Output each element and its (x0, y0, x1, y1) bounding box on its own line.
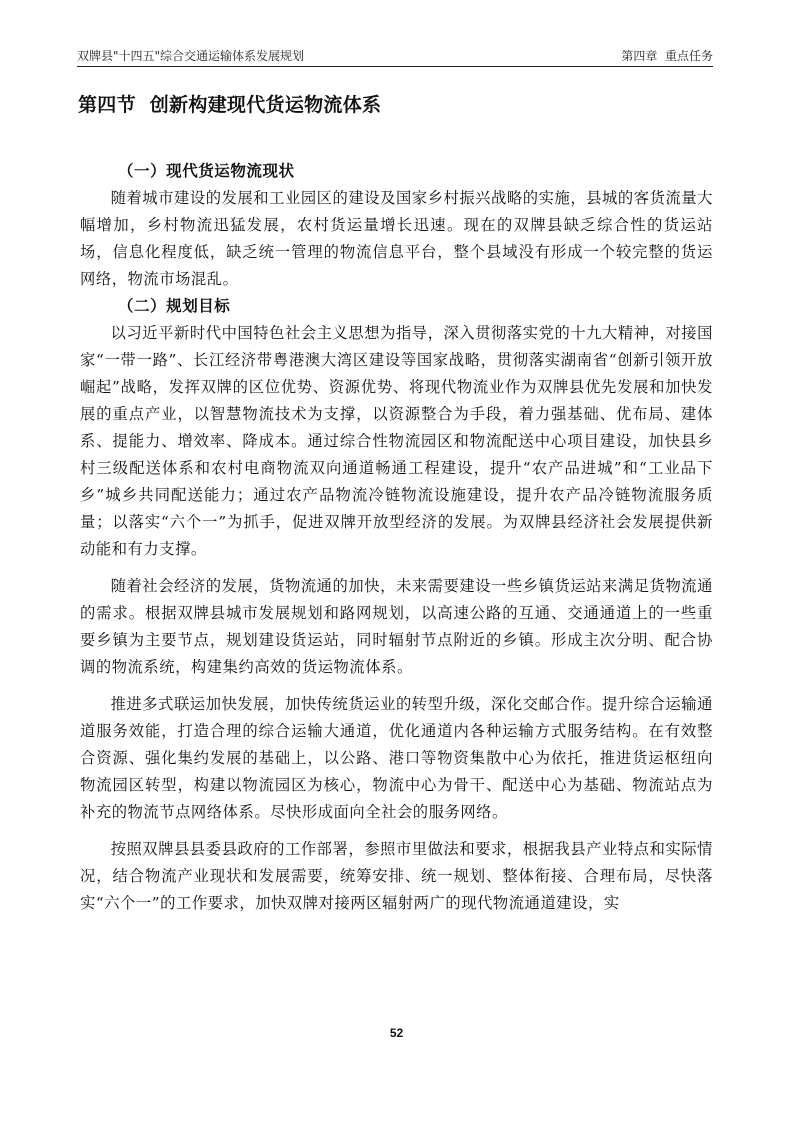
subsection-heading-status: （一）现代货运物流现状 (118, 158, 713, 185)
paragraph: 随着城市建设的发展和工业园区的建设及国家乡村振兴战略的实施，县城的客货流量大幅增… (80, 185, 713, 293)
section-title: 第四节 创新构建现代货运物流体系 (78, 90, 381, 117)
paragraph: 以习近平新时代中国特色社会主义思想为指导，深入贯彻落实党的十九大精神，对接国家“… (80, 320, 713, 563)
page-number: 52 (0, 1026, 793, 1040)
page-header: 双牌县"十四五"综合交通运输体系发展规划 第四章 重点任务 (77, 47, 713, 67)
paragraph: 随着社会经济的发展，货物流通的加快，未来需要建设一些乡镇货运站来满足货物流通的需… (80, 573, 713, 681)
chapter-title: 第四章 重点任务 (621, 47, 713, 66)
document-body: （一）现代货运物流现状 随着城市建设的发展和工业园区的建设及国家乡村振兴战略的实… (80, 158, 713, 917)
paragraph: 按照双牌县县委县政府的工作部署，参照市里做法和要求，根据我县产业特点和实际情况，… (80, 836, 713, 917)
paragraph: 推进多式联运加快发展，加快传统货运业的转型升级，深化交邮合作。提升综合运输通道服… (80, 691, 713, 826)
document-title: 双牌县"十四五"综合交通运输体系发展规划 (77, 47, 304, 66)
subsection-heading-goals: （二）规划目标 (118, 293, 713, 320)
